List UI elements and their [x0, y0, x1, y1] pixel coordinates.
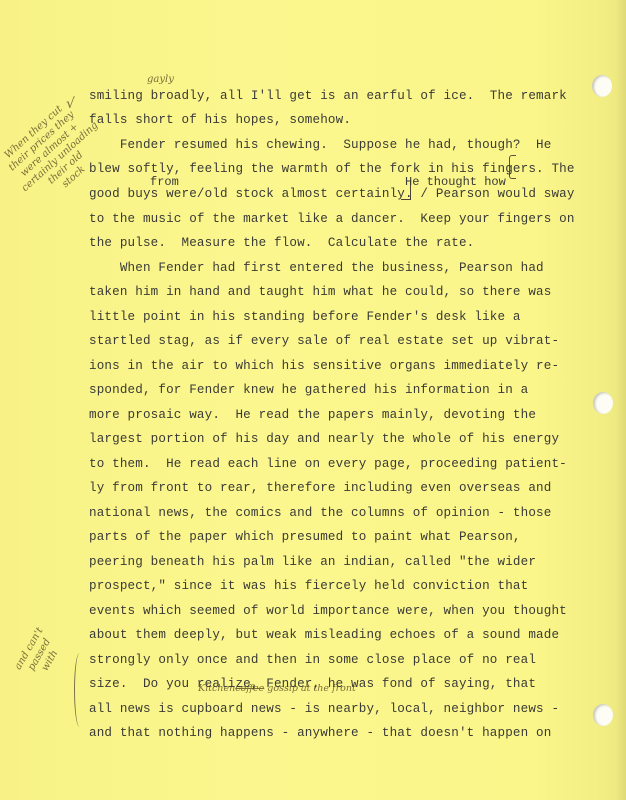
text-line: good buys were/old stock almost certainl… [89, 187, 575, 201]
text-line: smiling broadly, all I'll get is an earf… [89, 89, 567, 103]
text-line: peering beneath his palm like an indian,… [89, 555, 536, 569]
page-edge-shadow [616, 0, 626, 800]
text-line: parts of the paper which presumed to pai… [89, 530, 521, 544]
text-line: national news, the comics and the column… [89, 506, 551, 520]
hole-punch-middle [593, 392, 613, 414]
hole-punch-top [592, 75, 612, 97]
text-line: strongly only once and then in some clos… [89, 653, 536, 667]
pencil-bracket-left [74, 653, 85, 727]
text-line: ions in the air to which his sensitive o… [89, 359, 559, 373]
text-line: little point in his standing before Fend… [89, 310, 521, 324]
text-line: taken him in hand and taught him what he… [89, 285, 551, 299]
text-line: prospect," since it was his fiercely hel… [89, 579, 528, 593]
text-line: the pulse. Measure the flow. Calculate t… [89, 236, 474, 250]
handwritten-gayly: gayly [147, 75, 174, 85]
text-line: falls short of his hopes, somehow. [89, 113, 351, 127]
text-line: ly from front to rear, therefore includi… [89, 481, 551, 495]
text-line: sponded, for Fender knew he gathered his… [89, 383, 528, 397]
text-line: blew softly, feeling the warmth of the f… [89, 162, 575, 176]
hole-punch-bottom [593, 704, 613, 726]
text-line: to them. He read each line on every page… [89, 457, 567, 471]
text-line: Fender resumed his chewing. Suppose he h… [89, 138, 551, 152]
text-line: startled stag, as if every sale of real … [89, 334, 559, 348]
text-line: size. Do you realize, Fender, he was fon… [89, 677, 536, 691]
text-line: When Fender had first entered the busine… [89, 261, 544, 275]
margin-note-top: When they cut their prices they were alm… [0, 83, 125, 226]
text-line: and that nothing happens - anywhere - th… [89, 726, 551, 740]
text-line: all news is cupboard news - is nearby, l… [89, 702, 559, 716]
text-line: more prosaic way. He read the papers mai… [89, 408, 536, 422]
text-line: about them deeply, but weak misleading e… [89, 628, 559, 642]
text-line: largest portion of his day and nearly th… [89, 432, 559, 446]
text-line: events which seemed of world importance … [89, 604, 567, 618]
text-line: to the music of the market like a dancer… [89, 212, 575, 226]
typewritten-page: gayly √ When they cut their prices they … [0, 0, 626, 800]
